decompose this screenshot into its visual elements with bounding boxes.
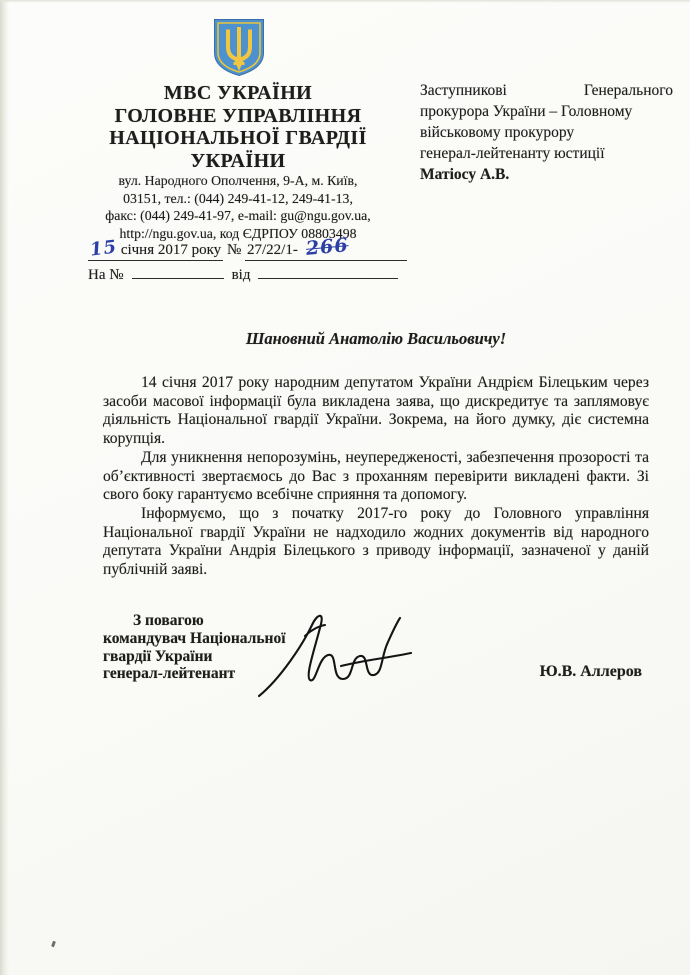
body-paragraph: Для уникнення непорозумінь, неупереджено… <box>103 449 649 505</box>
letter-body: 14 січня 2017 року народним депутатом Ук… <box>103 374 649 580</box>
scan-page: МВС УКРАЇНИ ГОЛОВНЕ УПРАВЛІННЯ НАЦІОНАЛЬ… <box>0 0 690 975</box>
coat-of-arms-icon <box>212 17 266 78</box>
body-paragraph: 14 січня 2017 року народним депутатом Ук… <box>103 374 649 449</box>
address-line: 03151, тел.: (044) 249-41-12, 249-41-13, <box>38 190 438 208</box>
date-field: 15 січня 2017 року <box>88 238 223 261</box>
address-line: вул. Народного Ополчення, 9-А, м. Київ, <box>38 172 438 190</box>
blank-number-field <box>132 264 224 279</box>
org-line: УКРАЇНИ <box>38 150 438 173</box>
org-line: МВС УКРАЇНИ <box>38 82 438 105</box>
org-line: НАЦІОНАЛЬНОЇ ГВАРДІЇ <box>38 127 438 150</box>
blank-date-field <box>258 264 398 279</box>
date-text: січня 2017 року <box>121 242 221 258</box>
address-line: факс: (044) 249-41-97, e-mail: gu@ngu.go… <box>38 207 438 225</box>
addressee-name: Матіосу А.В. <box>420 164 673 185</box>
handwritten-day: 15 <box>89 236 118 260</box>
addressee-line: прокурора України – Головному <box>420 101 673 122</box>
address-block: вул. Народного Ополчення, 9-А, м. Київ, … <box>38 172 438 242</box>
scan-edge-shadow <box>0 0 9 975</box>
signature <box>253 606 418 704</box>
addressee-line: Заступникові Генерального <box>420 80 673 101</box>
scan-edge-shadow-top <box>0 0 690 3</box>
vid-label: від <box>232 267 251 283</box>
number-sign: № <box>227 242 241 258</box>
outgoing-number-field: 27/22/1-266 <box>245 237 407 261</box>
signer-name: Ю.В. Аллеров <box>540 663 642 681</box>
number-prefix: 27/22/1- <box>247 242 298 258</box>
addressee-line: генерал-лейтенанту юстиції <box>420 143 673 164</box>
scan-speck <box>51 941 56 948</box>
handwritten-number: 266 <box>305 234 349 260</box>
addressee-block: Заступникові Генерального прокурора Укра… <box>420 80 673 185</box>
ref-line: 15 січня 2017 року № 27/22/1-266 <box>88 237 418 261</box>
org-line: ГОЛОВНЕ УПРАВЛІННЯ <box>38 105 438 128</box>
reply-ref-line: На №від <box>88 264 418 284</box>
body-paragraph: Інформуємо, що з початку 2017-го року до… <box>103 505 649 580</box>
salutation: Шановний Анатолію Васильовичу! <box>103 329 649 349</box>
addressee-line: військовому прокурору <box>420 122 673 143</box>
org-name: МВС УКРАЇНИ ГОЛОВНЕ УПРАВЛІННЯ НАЦІОНАЛЬ… <box>38 82 438 172</box>
na-label: На № <box>88 267 124 283</box>
